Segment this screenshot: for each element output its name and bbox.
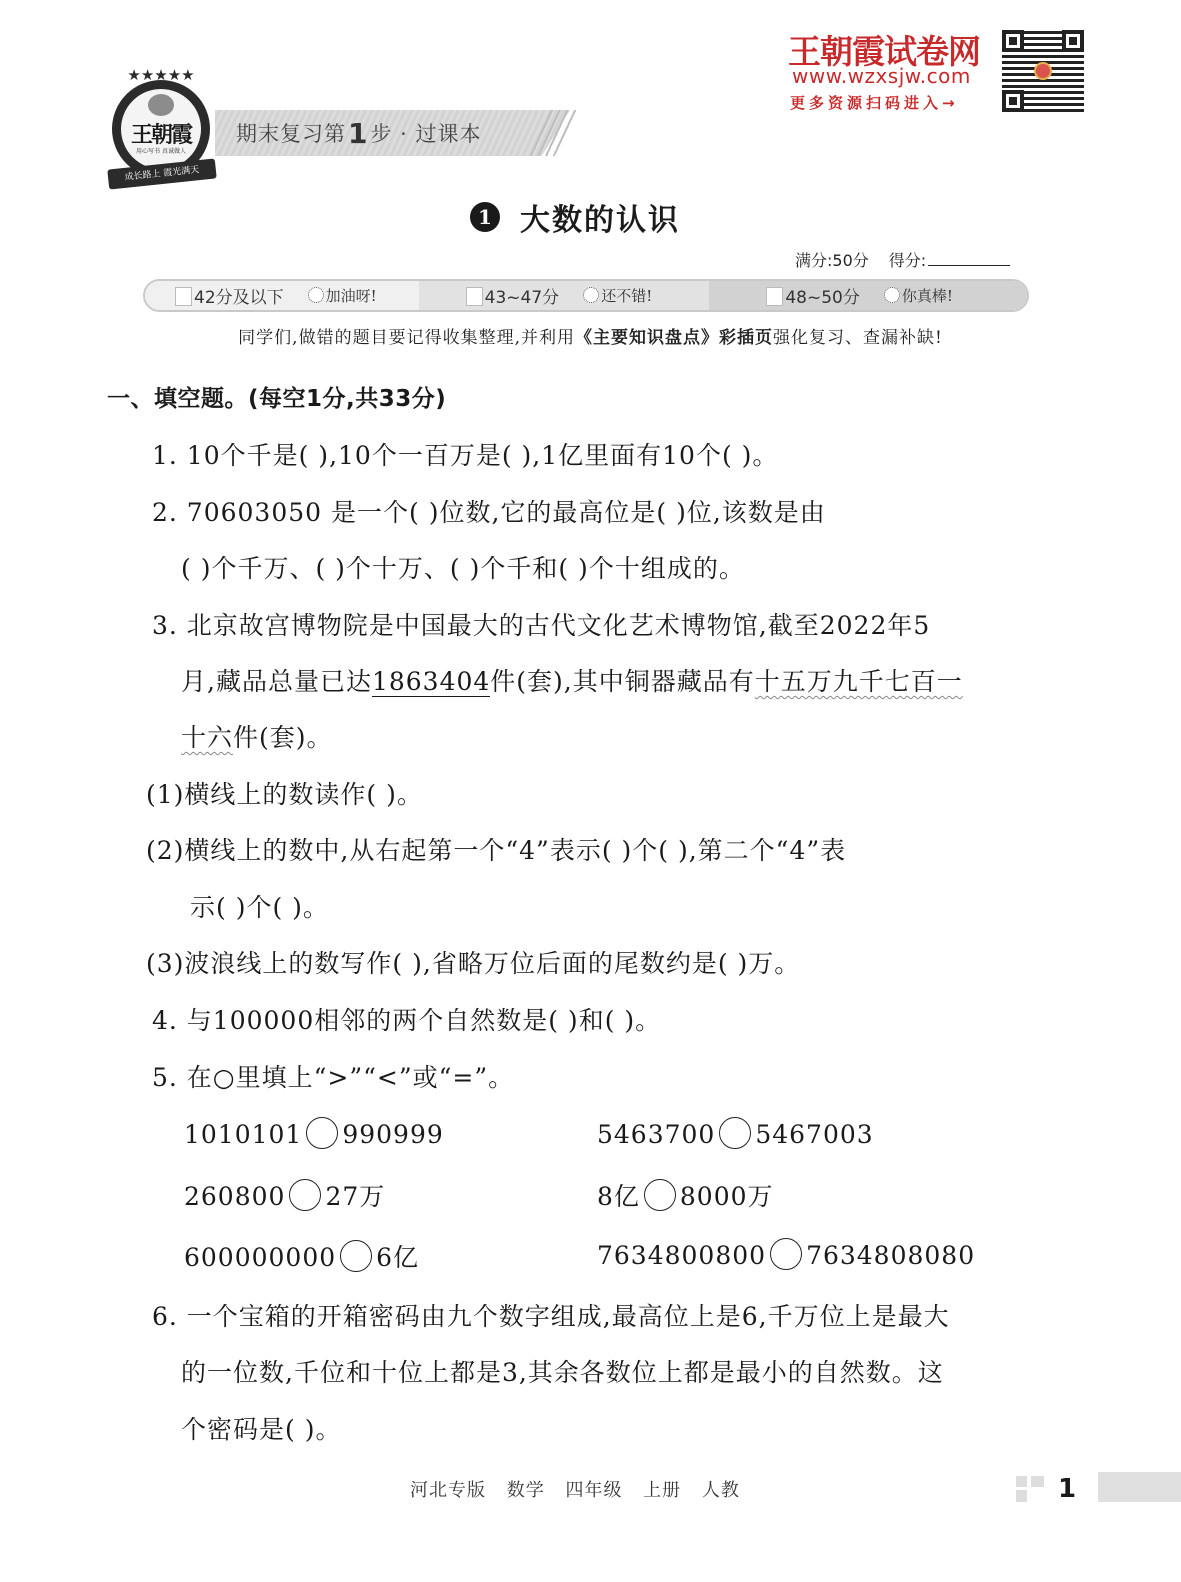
grade-range: 43~47分 bbox=[485, 288, 560, 308]
compare-left: 8亿 bbox=[597, 1182, 640, 1211]
page-decoration bbox=[1016, 1490, 1027, 1502]
compare-left: 600000000 bbox=[184, 1243, 336, 1272]
title-number-badge: 1 bbox=[470, 202, 500, 232]
page-title: 1 大数的认识 bbox=[470, 195, 680, 239]
compare-circle-input[interactable] bbox=[306, 1117, 338, 1149]
grade-range: 42分及以下 bbox=[194, 288, 284, 308]
grade-message: 加油呀! bbox=[326, 287, 377, 305]
study-tip: 同学们,做错的题目要记得收集整理,并利用《主要知识盘点》彩插页强化复习、查漏补缺… bbox=[0, 323, 1181, 348]
comparison-item: 1010101990999 bbox=[184, 1117, 444, 1149]
page-bar-decoration bbox=[1098, 1472, 1181, 1502]
question-3-sub-1: (1)横线上的数读作( )。 bbox=[146, 775, 423, 811]
compare-right: 990999 bbox=[342, 1120, 443, 1149]
got-score-label: 得分: bbox=[889, 251, 926, 270]
page-decoration bbox=[1016, 1476, 1027, 1487]
compare-circle-input[interactable] bbox=[719, 1117, 751, 1149]
q3-text: 件(套),其中铜器藏品有 bbox=[490, 667, 754, 696]
full-score-label: 满分:50分 bbox=[795, 248, 869, 271]
grade-message: 还不错! bbox=[601, 287, 652, 305]
question-3-sub-3: (3)波浪线上的数写作( ),省略万位后面的尾数约是( )万。 bbox=[146, 944, 800, 980]
brand-cta: 更多资源扫码进入→ bbox=[790, 92, 959, 113]
compare-left: 1010101 bbox=[184, 1120, 302, 1149]
title-text: 大数的认识 bbox=[520, 195, 680, 239]
question-1: 1. 10个千是( ),10个一百万是( ),1亿里面有10个( )。 bbox=[152, 436, 778, 472]
grade-band: 42分及以下 加油呀! 43~47分 还不错! 48~50分 你真棒! bbox=[143, 279, 1029, 312]
wavy-underlined-number: 十五万九千七百一 bbox=[755, 667, 963, 696]
smiley-face-icon bbox=[308, 287, 324, 303]
grade-band-mid: 43~47分 还不错! bbox=[419, 281, 727, 310]
footer-info: 河北专版 数学 四年级 上册 人教 bbox=[410, 1476, 740, 1502]
logo-portrait-icon bbox=[148, 94, 174, 116]
banner-step-number: 1 bbox=[348, 117, 368, 150]
tip-highlight: 《主要知识盘点》彩插页 bbox=[575, 328, 773, 348]
question-3-line-2: 月,藏品总量已达1863404件(套),其中铜器藏品有十五万九千七百一 bbox=[181, 662, 963, 698]
underlined-number: 1863404 bbox=[372, 667, 490, 697]
grade-band-high: 48~50分 你真棒! bbox=[709, 281, 1027, 310]
step-banner: 期末复习第1步 · 过课本 bbox=[236, 117, 482, 150]
smiley-face-icon bbox=[583, 287, 599, 303]
question-3-line-3: 十六件(套)。 bbox=[181, 718, 333, 754]
compare-right: 8000万 bbox=[680, 1182, 774, 1211]
compare-circle-input[interactable] bbox=[770, 1238, 802, 1270]
brand-url-link[interactable]: www.wzxsjw.com bbox=[792, 64, 971, 88]
q3-text: 月,藏品总量已达 bbox=[181, 667, 372, 696]
publisher-logo: ★★★★★ 王朝霞 用心写书 真诚做人 成长路上 霞光满天 bbox=[106, 66, 216, 190]
page-decoration bbox=[1031, 1476, 1044, 1487]
question-3-sub-2-line-2: 示( )个( )。 bbox=[190, 888, 329, 924]
compare-left: 5463700 bbox=[597, 1120, 715, 1149]
tip-text: 同学们,做错的题目要记得收集整理,并利用 bbox=[238, 328, 575, 348]
score-line: 满分:50分 得分: bbox=[795, 248, 1010, 271]
question-2-line-2: ( )个千万、( )个十万、( )个千和( )个十组成的。 bbox=[181, 549, 745, 585]
banner-suffix: 步 · 过课本 bbox=[370, 122, 481, 146]
question-6-line-2: 的一位数,千位和十位上都是3,其余各数位上都是最小的自然数。这 bbox=[181, 1353, 944, 1389]
grade-message: 你真棒! bbox=[902, 287, 953, 305]
question-4: 4. 与100000相邻的两个自然数是( )和( )。 bbox=[152, 1001, 661, 1037]
wavy-underlined-number: 十六 bbox=[181, 723, 233, 752]
section-heading: 一、填空题。(每空1分,共33分) bbox=[107, 380, 446, 413]
compare-left: 260800 bbox=[184, 1182, 285, 1211]
compare-circle-input[interactable] bbox=[340, 1240, 372, 1272]
grade-checkbox[interactable] bbox=[175, 287, 192, 306]
comparison-item: 54637005467003 bbox=[597, 1117, 874, 1149]
tip-text: 强化复习、查漏补缺! bbox=[773, 328, 943, 348]
page-number: 1 bbox=[1058, 1474, 1076, 1504]
grade-range: 48~50分 bbox=[785, 288, 860, 308]
question-5-instruction: 5. 在○里填上“>”“<”或“=”。 bbox=[152, 1058, 514, 1094]
qr-finder-icon bbox=[1002, 30, 1024, 52]
grade-checkbox[interactable] bbox=[466, 287, 483, 306]
banner-prefix: 期末复习第 bbox=[236, 122, 346, 146]
q3-text: 件(套)。 bbox=[233, 723, 333, 752]
compare-circle-input[interactable] bbox=[289, 1179, 321, 1211]
comparison-item: 8亿8000万 bbox=[597, 1177, 774, 1213]
compare-right: 5467003 bbox=[755, 1120, 873, 1149]
qr-finder-icon bbox=[1062, 30, 1084, 52]
logo-ribbon: 成长路上 霞光满天 bbox=[107, 158, 216, 189]
question-3-sub-2-line-1: (2)横线上的数中,从右起第一个“4”表示( )个( ),第二个“4”表 bbox=[146, 831, 846, 867]
qr-code-icon[interactable] bbox=[1002, 30, 1084, 112]
compare-right: 27万 bbox=[325, 1182, 385, 1211]
smiley-face-icon bbox=[884, 287, 900, 303]
question-6-line-1: 6. 一个宝箱的开箱密码由九个数字组成,最高位上是6,千万位上是最大 bbox=[152, 1297, 950, 1333]
question-2-line-1: 2. 70603050 是一个( )位数,它的最高位是( )位,该数是由 bbox=[152, 493, 826, 529]
comparison-item: 6000000006亿 bbox=[184, 1238, 419, 1274]
score-input[interactable] bbox=[928, 248, 1010, 266]
compare-circle-input[interactable] bbox=[644, 1179, 676, 1211]
logo-name: 王朝霞 bbox=[121, 118, 201, 149]
question-3-line-1: 3. 北京故宫博物院是中国最大的古代文化艺术博物馆,截至2022年5 bbox=[152, 606, 930, 642]
grade-checkbox[interactable] bbox=[766, 287, 783, 306]
qr-emblem-icon bbox=[1034, 62, 1052, 80]
qr-finder-icon bbox=[1002, 90, 1024, 112]
compare-right: 7634808080 bbox=[806, 1241, 975, 1270]
question-6-line-3: 个密码是( )。 bbox=[181, 1410, 341, 1446]
logo-motto: 用心写书 真诚做人 bbox=[121, 146, 201, 155]
comparison-item: 26080027万 bbox=[184, 1177, 385, 1213]
grade-band-low: 42分及以下 加油呀! bbox=[145, 281, 436, 310]
comparison-item: 76348008007634808080 bbox=[597, 1238, 975, 1270]
compare-left: 7634800800 bbox=[597, 1241, 766, 1270]
compare-right: 6亿 bbox=[376, 1243, 419, 1272]
